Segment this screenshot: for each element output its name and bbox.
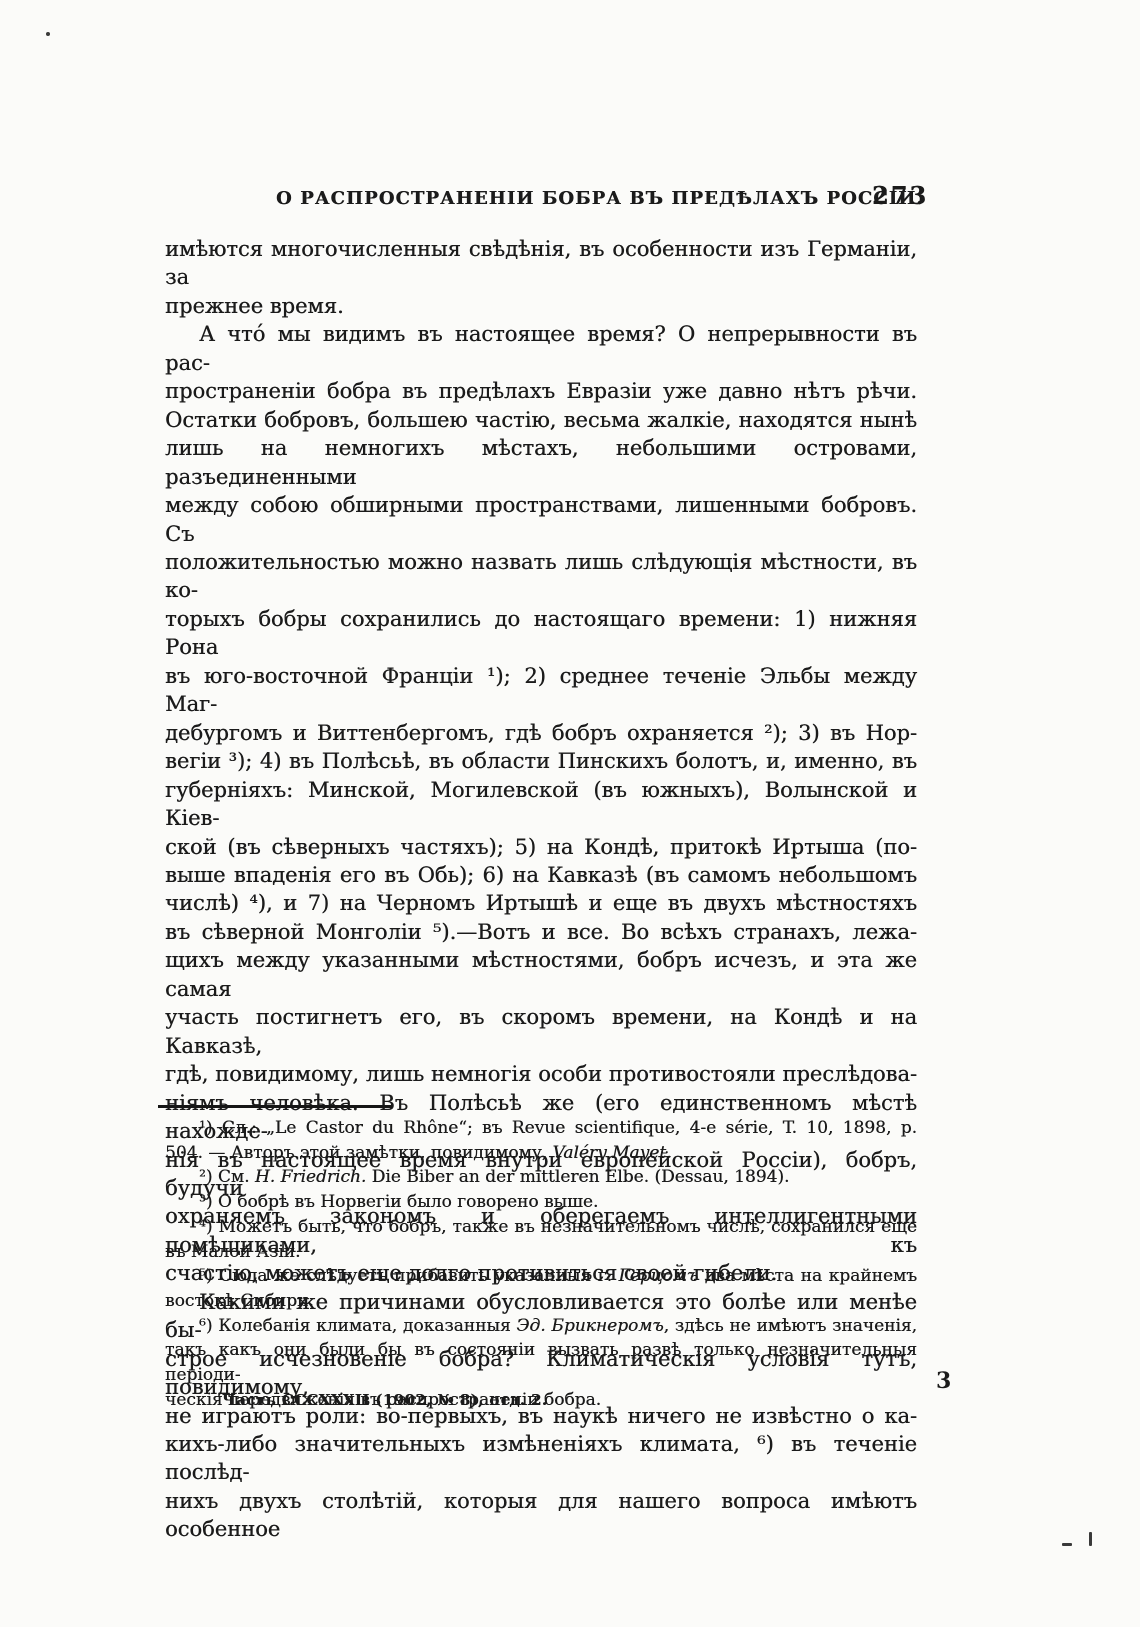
text-line: пространеніи бобра въ предѣлахъ Евразіи … <box>165 377 917 405</box>
text-line: прежнее время. <box>165 292 917 320</box>
footnote-divider <box>158 1105 392 1108</box>
text-line: щихъ между указанными мѣстностями, бобръ… <box>165 946 917 1003</box>
text-line: торыхъ бобры сохранились до настоящаго в… <box>165 605 917 662</box>
footnote-line: въ Малой Азіи. <box>165 1240 917 1265</box>
text-segment: ⁶) Колебанія климата, доказанныя <box>199 1316 516 1336</box>
text-line: вегіи ³); 4) въ Полѣсьѣ, въ области Пинс… <box>165 747 917 775</box>
scanned-book-page: О РАСПРОСТРАНЕНІИ БОБРА ВЪ ПРЕДѢЛАХЪ РОС… <box>0 0 1140 1627</box>
page-number: 273 <box>872 181 928 210</box>
text-segment: 504. — Авторъ этой замѣтки, повидимому, <box>165 1143 553 1163</box>
italic-text: H. Friedrich. <box>255 1167 366 1187</box>
text-line: гдѣ, повидимому, лишь немногія особи про… <box>165 1060 917 1088</box>
footnote-line: ⁶) Колебанія климата, доказанныя Эд. Бри… <box>165 1314 917 1339</box>
text-segment: ⁵) Сюда же слѣдуетъ прибавить указанныя … <box>199 1266 619 1286</box>
text-line: губерніяхъ: Минской, Могилевской (въ южн… <box>165 776 917 833</box>
text-line: дебургомъ и Виттенбергомъ, гдѣ бобръ охр… <box>165 719 917 747</box>
footnote-line: востокѣ Сибири. <box>165 1289 917 1314</box>
text-segment: такъ какъ они были бы въ состояніи вызва… <box>165 1340 917 1385</box>
scan-artifact <box>1089 1532 1092 1546</box>
text-line: между собою обширными пространствами, ли… <box>165 491 917 548</box>
text-line: кихъ-либо значительныхъ измѣненіяхъ клим… <box>165 1430 917 1487</box>
footnote-line: ⁴) Можетъ быть, что бобръ, также въ незн… <box>165 1215 917 1240</box>
text-line: имѣются многочисленныя свѣдѣнія, въ особ… <box>165 235 917 292</box>
footnote-line: ⁵) Сюда же слѣдуетъ прибавить указанныя … <box>165 1264 917 1289</box>
text-segment: въ Малой Азіи. <box>165 1242 300 1262</box>
footnotes: ¹) Сл.: „Le Castor du Rhône“; въ Revue s… <box>165 1116 917 1412</box>
imprint-line: Часть CCCXXXII (1902, № 8), отд. 2. <box>222 1391 547 1409</box>
text-segment: , здѣсь не имѣютъ значенія, <box>664 1316 917 1336</box>
text-line: нихъ двухъ столѣтій, которыя для нашего … <box>165 1487 917 1544</box>
text-line: положительностью можно назвать лишь слѣд… <box>165 548 917 605</box>
text-segment: ⁴) Можетъ быть, что бобръ, также въ незн… <box>199 1217 917 1237</box>
text-line: выше впаденія его въ Обь); 6) на Кавказѣ… <box>165 861 917 889</box>
text-line: въ сѣверной Монголіи ⁵).—Вотъ и все. Во … <box>165 918 917 946</box>
footnote-line: ¹) Сл.: „Le Castor du Rhône“; въ Revue s… <box>165 1116 917 1141</box>
running-head: О РАСПРОСТРАНЕНІИ БОБРА ВЪ ПРЕДѢЛАХЪ РОС… <box>276 188 924 209</box>
text-segment: ²) См. <box>199 1167 255 1187</box>
text-line: числѣ) ⁴), и 7) на Черномъ Иртышѣ и еще … <box>165 889 917 917</box>
footnote-line: ³) О бобрѣ въ Норвегіи было говорено выш… <box>165 1190 917 1215</box>
text-segment: востокѣ Сибири. <box>165 1291 314 1311</box>
footnote-line: такъ какъ они были бы въ состояніи вызва… <box>165 1338 917 1387</box>
italic-text: Герцомъ <box>619 1266 699 1286</box>
footnote-line: ²) См. H. Friedrich. Die Biber an der mi… <box>165 1165 917 1190</box>
scan-artifact <box>46 32 50 36</box>
text-line: Остатки бобровъ, большею частію, весьма … <box>165 406 917 434</box>
text-segment: два мѣста на крайнемъ <box>698 1266 917 1286</box>
sheet-signature: 3 <box>936 1368 951 1394</box>
italic-text: Valéry Mayet. <box>553 1143 672 1163</box>
text-segment: ³) О бобрѣ въ Норвегіи было говорено выш… <box>199 1192 598 1212</box>
text-line: А что́ мы видимъ въ настоящее время? О н… <box>165 320 917 377</box>
text-line: ской (въ сѣверныхъ частяхъ); 5) на Кондѣ… <box>165 833 917 861</box>
scan-artifact <box>1062 1543 1072 1546</box>
text-line: въ юго-восточной Франціи ¹); 2) среднее … <box>165 662 917 719</box>
text-segment: Die Biber an der mittleren Elbe. (Dessau… <box>366 1167 789 1187</box>
footnote-line: 504. — Авторъ этой замѣтки, повидимому, … <box>165 1141 917 1166</box>
text-line: участь постигнетъ его, въ скоромъ времен… <box>165 1003 917 1060</box>
italic-text: Эд. Брикнеромъ <box>516 1316 663 1336</box>
text-segment: ¹) Сл.: „Le Castor du Rhône“; въ Revue s… <box>199 1118 917 1138</box>
text-line: лишь на немногихъ мѣстахъ, небольшими ос… <box>165 434 917 491</box>
